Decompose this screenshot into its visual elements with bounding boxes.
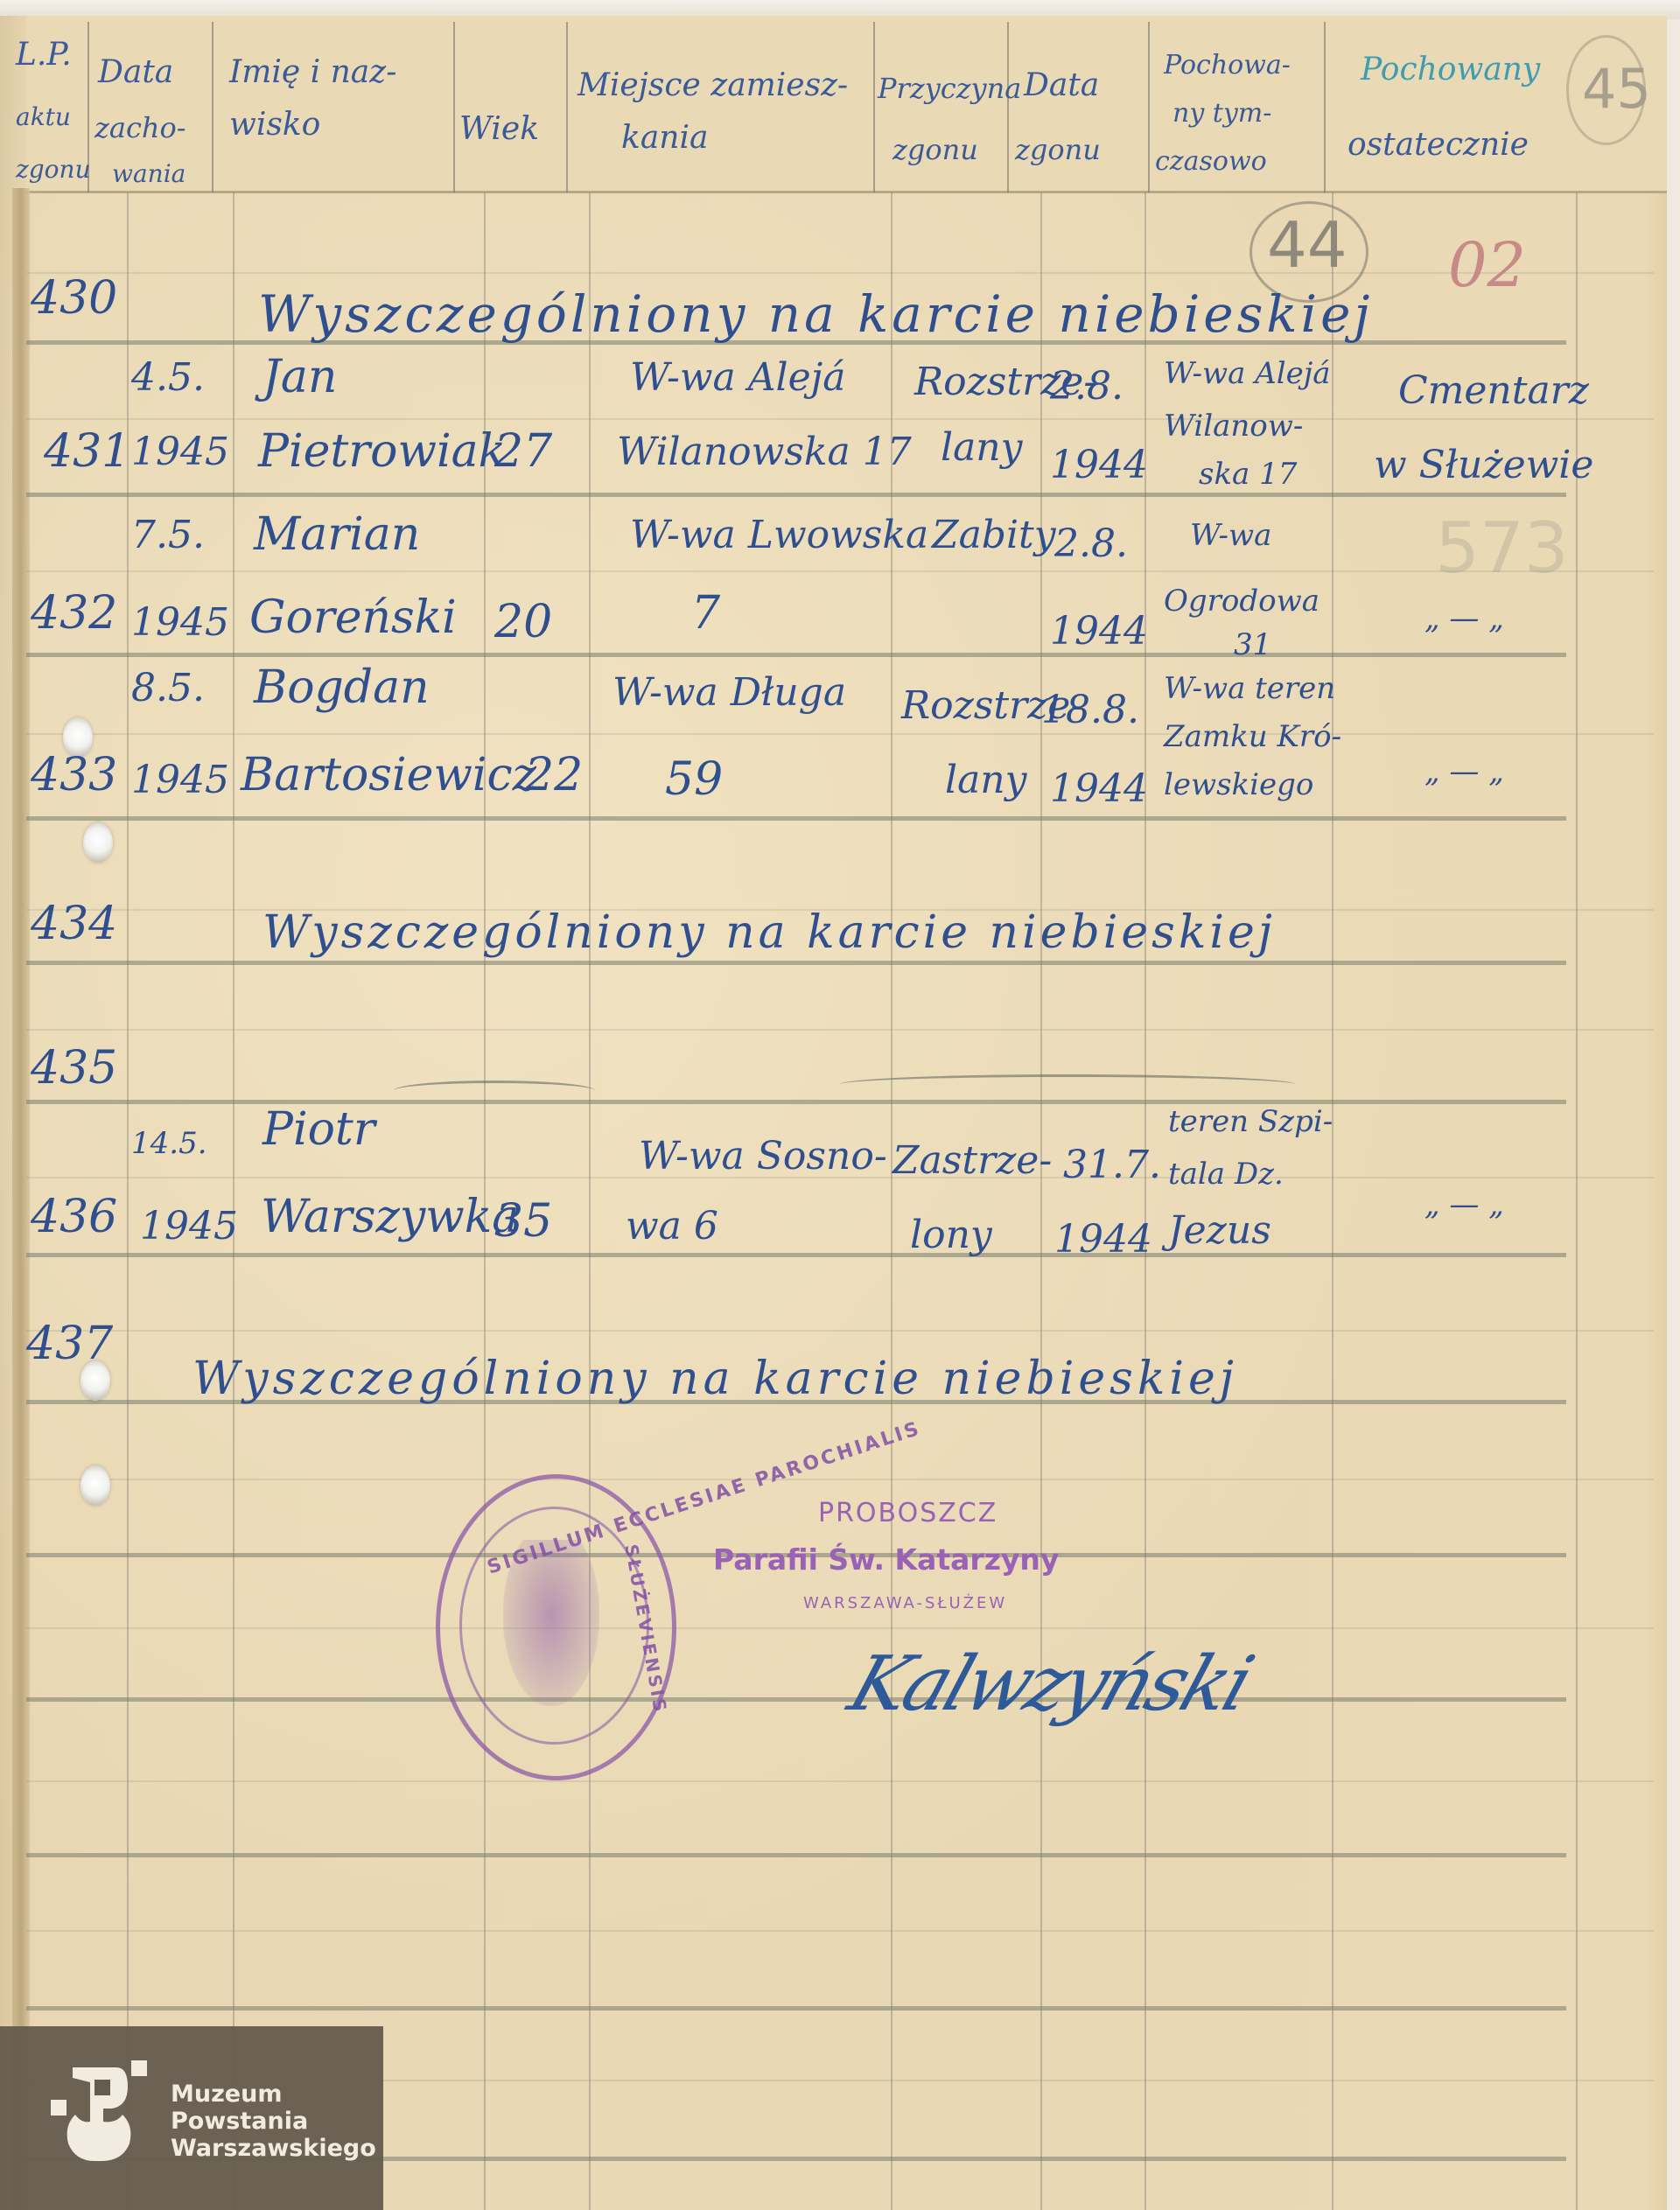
header-lp-line1: L.P.: [16, 39, 72, 71]
entry-age: 35: [494, 1199, 552, 1244]
row-line: [26, 733, 1654, 735]
header-divider: [453, 22, 455, 192]
row-line: [26, 653, 1566, 657]
header-name-line1: Imię i naz-: [229, 57, 396, 88]
stamp-location: WARSZAWA-SŁUŻEW: [803, 1594, 1007, 1612]
entry-temp-burial-3: ska 17: [1199, 459, 1297, 489]
entry-cause-1: Zabity: [932, 516, 1056, 555]
header-divider: [1324, 22, 1326, 192]
entry-last-name: Pietrowiak: [258, 429, 506, 474]
entry-address-1: W-wa Alejá: [630, 359, 846, 397]
entry-temp-burial-2: Zamku Kró-: [1164, 722, 1341, 752]
header-strip: [26, 16, 1667, 193]
entry-cause-1: Zastrze-: [892, 1142, 1052, 1180]
entry-final-burial-ditto: „ — „: [1424, 604, 1504, 633]
entry-death-day: 18.8.: [1041, 691, 1139, 730]
header-name-line2: wisko: [229, 109, 320, 141]
entry-age: 27: [494, 429, 552, 474]
kotwica-anchor-icon: [51, 2060, 147, 2165]
entry-first-name: Bogdan: [254, 665, 430, 710]
entry-last-name: Goreński: [249, 595, 457, 640]
entry-note: Wyszczególniony na karcie niebieskiej: [262, 910, 1276, 955]
entry-death-day: 2.8.: [1050, 367, 1123, 406]
header-divider: [873, 22, 875, 192]
entry-lp: 432: [31, 591, 117, 636]
row-line: [26, 1253, 1566, 1257]
entry-date-year: 1945: [131, 761, 229, 800]
faint-pencil-number: 573: [1435, 507, 1569, 589]
entry-date-day: 4.5.: [131, 359, 205, 397]
entry-death-day: 2.8.: [1054, 525, 1128, 563]
punch-hole: [80, 1465, 110, 1506]
entry-temp-burial-3: lewskiego: [1164, 770, 1313, 800]
priest-signature: Kalwzyński: [839, 1640, 1261, 1728]
entry-address-1: W-wa Długa: [612, 674, 846, 712]
entry-lp: 436: [31, 1194, 117, 1240]
header-divider: [566, 22, 568, 192]
entry-date-year: 1945: [131, 433, 229, 472]
column-line: [1576, 192, 1578, 2210]
row-line: [26, 1780, 1654, 1782]
header-death-date-line2: zgonu: [1015, 136, 1101, 164]
entry-lp: 430: [31, 276, 117, 321]
row-line: [26, 1627, 1654, 1629]
entry-last-name: Bartosiewicz: [241, 752, 536, 798]
entry-temp-burial-2: Ogrodowa: [1164, 586, 1319, 616]
row-line: [26, 1029, 1654, 1031]
row-line: [26, 961, 1566, 965]
entry-address-2: 7: [691, 591, 720, 636]
entry-final-burial-ditto: „ — „: [1424, 757, 1504, 787]
header-cause-line1: Przyczyna: [878, 74, 1021, 102]
entry-cause-2: lony: [910, 1216, 992, 1255]
entry-temp-burial-1: W-wa Alejá: [1164, 359, 1331, 388]
header-lp-line3: zgonu: [16, 157, 91, 182]
row-line: [26, 493, 1566, 497]
pencil-stroke: [840, 1074, 1295, 1095]
entry-date-day: 14.5.: [131, 1129, 207, 1158]
row-line: [26, 1697, 1566, 1702]
header-age: Wiek: [459, 114, 539, 145]
header-lp-line2: aktu: [16, 105, 71, 129]
row-line: [26, 1330, 1654, 1332]
stamp-parish: Parafii Św. Katarzyny: [713, 1542, 1059, 1577]
entry-lp: 431: [44, 429, 130, 474]
entry-note: Wyszczególniony na karcie niebieskiej: [258, 289, 1373, 339]
entry-lp: 433: [31, 752, 117, 798]
entry-final-burial-2: w Służewie: [1374, 446, 1593, 485]
museum-name-line2: Powstania: [171, 2108, 376, 2135]
entry-note: Wyszczególniony na karcie niebieskiej: [192, 1356, 1238, 1402]
entry-date-day: 7.5.: [131, 516, 205, 555]
entry-death-day: 31.7.: [1063, 1146, 1161, 1185]
row-line: [26, 1100, 1566, 1104]
ledger-sheet: [0, 16, 1667, 2210]
museum-name-line3: Warszawskiego: [171, 2135, 376, 2162]
header-temp-line3: czasowo: [1155, 149, 1267, 175]
entry-cause-2: lany: [945, 761, 1027, 800]
header-cause-line2: zgonu: [892, 136, 978, 164]
header-place-line1: Miejsce zamiesz-: [577, 70, 848, 101]
museum-name-line1: Muzeum: [171, 2081, 376, 2108]
binding-edge: [12, 188, 30, 2210]
header-final-line2: ostatecznie: [1347, 129, 1529, 161]
entry-death-year: 1944: [1050, 446, 1148, 485]
header-temp-line2: ny tym-: [1172, 101, 1271, 127]
stamp-title: PROBOSZCZ: [818, 1498, 997, 1528]
header-divider: [212, 22, 213, 192]
entry-date-year: 1945: [131, 604, 229, 642]
row-line: [26, 2006, 1566, 2011]
entry-lp: 437: [26, 1321, 113, 1367]
museum-name: Muzeum Powstania Warszawskiego: [171, 2081, 376, 2162]
entry-temp-burial-2: tala Dz.: [1168, 1159, 1284, 1189]
header-place-line2: kania: [621, 122, 708, 154]
entry-death-year: 1944: [1050, 770, 1148, 808]
row-line: [26, 418, 1654, 420]
entry-address-2: Wilanowska 17: [617, 433, 912, 472]
entry-temp-burial-1: W-wa: [1190, 521, 1271, 550]
entry-address-2: 59: [665, 757, 723, 802]
entry-final-burial-ditto: „ — „: [1424, 1190, 1504, 1220]
header-divider: [1007, 22, 1009, 192]
entry-lp: 435: [31, 1046, 117, 1091]
entry-age: 20: [494, 599, 552, 645]
entry-first-name: Jan: [262, 354, 337, 400]
entry-address-2: wa 6: [626, 1207, 718, 1246]
row-line: [26, 1930, 1654, 1932]
entry-first-name: Piotr: [262, 1107, 375, 1152]
header-death-date-line1: Data: [1024, 70, 1099, 101]
entry-last-name: Warszywka: [261, 1194, 519, 1240]
pencil-stroke: [394, 1081, 595, 1101]
entry-address-1: W-wa Sosno-: [639, 1137, 887, 1176]
entry-date-year: 1945: [140, 1207, 238, 1246]
entry-temp-burial-3: Jezus: [1168, 1212, 1271, 1250]
entry-death-year: 1944: [1050, 612, 1148, 651]
header-divider: [1148, 22, 1150, 192]
entry-temp-burial-1: W-wa teren: [1164, 674, 1335, 703]
entry-temp-burial-1: teren Szpi-: [1168, 1107, 1333, 1136]
header-data-line3: wania: [112, 162, 185, 186]
red-pencil-mark: 02: [1448, 229, 1526, 301]
entry-address-1: W-wa Lwowska: [630, 516, 928, 555]
entry-cause-2: lany: [941, 429, 1023, 467]
header-data-line1: Data: [98, 57, 173, 88]
entry-first-name: Marian: [254, 512, 420, 557]
header-final-line1: Pochowany: [1361, 54, 1540, 86]
page-number: 45: [1582, 57, 1651, 121]
row-line: [26, 570, 1654, 572]
pencil-page-number: 44: [1267, 208, 1347, 282]
row-line: [26, 1479, 1654, 1480]
entry-lp: 434: [31, 901, 117, 947]
entry-temp-burial-2: Wilanow-: [1164, 411, 1303, 441]
entry-death-year: 1944: [1054, 1220, 1152, 1259]
punch-hole: [83, 822, 113, 863]
header-temp-line1: Pochowa-: [1164, 52, 1291, 79]
entry-final-burial-1: Cmentarz: [1398, 372, 1589, 410]
header-data-line2: zacho-: [94, 114, 186, 142]
row-line: [26, 1853, 1566, 1857]
row-line: [26, 816, 1566, 821]
entry-age: 22: [525, 752, 583, 798]
entry-temp-burial-3: 31: [1234, 630, 1271, 660]
row-line: [26, 272, 1654, 274]
entry-date-day: 8.5.: [131, 669, 205, 708]
